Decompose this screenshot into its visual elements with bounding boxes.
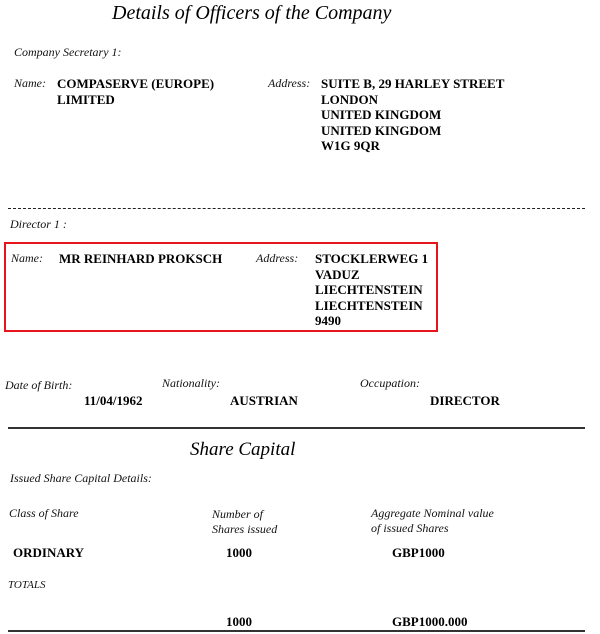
address-line: UNITED KINGDOM — [321, 107, 504, 123]
director-heading: Director 1 : — [10, 217, 67, 232]
nationality-value: AUSTRIAN — [230, 393, 298, 409]
totals-number: 1000 — [226, 614, 252, 630]
dashed-divider — [8, 208, 585, 209]
nationality-label: Nationality: — [162, 376, 220, 391]
director-address: STOCKLERWEG 1 VADUZ LIECHTENSTEIN LIECHT… — [315, 251, 428, 329]
section-divider — [8, 427, 585, 429]
address-line: 9490 — [315, 313, 428, 329]
dob-label: Date of Birth: — [5, 378, 72, 393]
address-line: LONDON — [321, 92, 504, 108]
secretary-address: SUITE B, 29 HARLEY STREET LONDON UNITED … — [321, 76, 504, 154]
occupation-value: DIRECTOR — [430, 393, 500, 409]
address-line: UNITED KINGDOM — [321, 123, 504, 139]
address-line: STOCKLERWEG 1 — [315, 251, 428, 267]
row-aggregate: GBP1000 — [392, 545, 445, 561]
secretary-name-line: LIMITED — [57, 92, 214, 108]
column-header-number-line: Number of — [212, 507, 277, 522]
row-class: ORDINARY — [13, 545, 84, 561]
address-line: SUITE B, 29 HARLEY STREET — [321, 76, 504, 92]
officers-title: Details of Officers of the Company — [112, 2, 391, 25]
occupation-label: Occupation: — [360, 376, 420, 391]
share-capital-subtitle: Issued Share Capital Details: — [10, 471, 152, 486]
address-line: W1G 9QR — [321, 138, 504, 154]
secretary-name-label: Name: — [14, 76, 46, 91]
column-header-number: Number of Shares issued — [212, 507, 277, 537]
row-number: 1000 — [226, 545, 252, 561]
director-name-label: Name: — [11, 251, 43, 266]
dob-value: 11/04/1962 — [84, 393, 143, 409]
column-header-aggregate-line: Aggregate Nominal value — [371, 506, 494, 521]
column-header-aggregate-line: of issued Shares — [371, 521, 494, 536]
director-address-label: Address: — [256, 251, 298, 266]
address-line: LIECHTENSTEIN — [315, 298, 428, 314]
share-capital-title: Share Capital — [190, 439, 295, 461]
column-header-class: Class of Share — [9, 506, 79, 521]
secretary-heading: Company Secretary 1: — [14, 45, 122, 60]
address-line: LIECHTENSTEIN — [315, 282, 428, 298]
director-name: MR REINHARD PROKSCH — [59, 251, 222, 267]
totals-aggregate: GBP1000.000 — [392, 614, 467, 630]
secretary-name: COMPASERVE (EUROPE) LIMITED — [57, 76, 214, 107]
secretary-name-line: COMPASERVE (EUROPE) — [57, 76, 214, 92]
address-line: VADUZ — [315, 267, 428, 283]
secretary-address-label: Address: — [268, 76, 310, 91]
column-header-aggregate: Aggregate Nominal value of issued Shares — [371, 506, 494, 536]
bottom-divider — [8, 630, 585, 632]
totals-label: TOTALS — [8, 579, 46, 591]
column-header-number-line: Shares issued — [212, 522, 277, 537]
